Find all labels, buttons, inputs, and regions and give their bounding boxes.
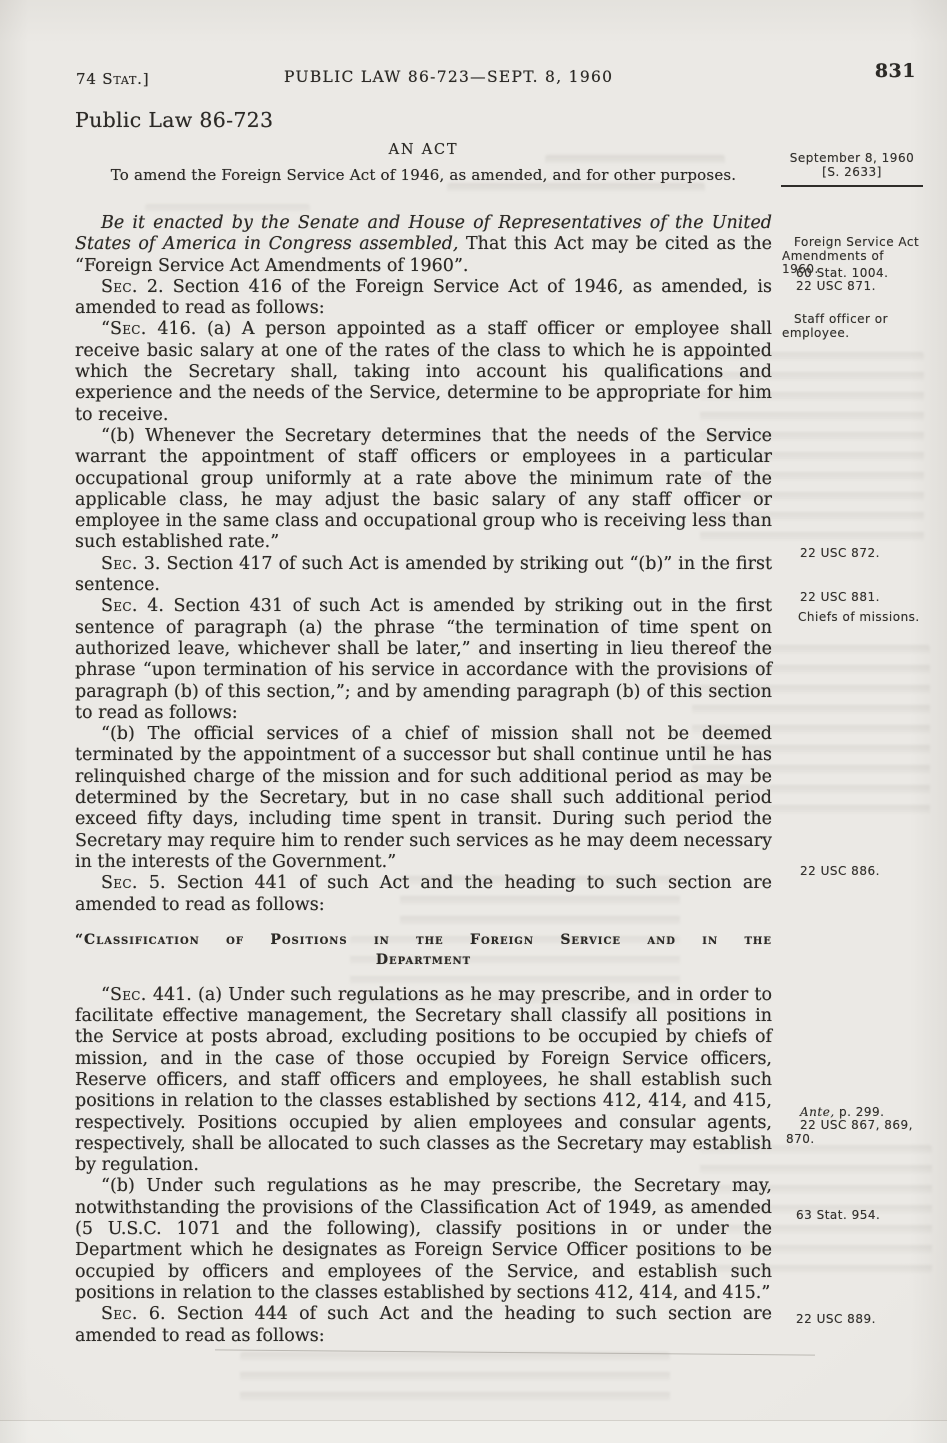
act-purpose: To amend the Foreign Service Act of 1946…	[75, 166, 772, 184]
section-4-paragraph: Sec. 4. Section 431 of such Act is amend…	[75, 596, 772, 724]
section-label: Sec.	[101, 277, 138, 297]
section-label: Sec.	[101, 873, 138, 893]
section-5-paragraph: Sec. 5. Section 441 of such Act and the …	[75, 873, 772, 916]
section-label: Sec.	[101, 596, 138, 616]
section-416b-paragraph: “(b) Whenever the Secretary determines t…	[75, 426, 772, 554]
margin-note-usc-citation: 22 USC 872.	[800, 547, 880, 561]
margin-rule	[781, 185, 923, 187]
section-label: Sec.	[101, 554, 138, 574]
margin-note-usc-citation: 22 USC 889.	[796, 1313, 876, 1327]
act-label: AN ACT	[75, 142, 772, 158]
section-label: Sec.	[101, 1304, 138, 1324]
bleedthrough-artifact	[240, 1352, 670, 1404]
margin-note-stat-citation: 63 Stat. 954.	[796, 1209, 880, 1223]
section-2-paragraph: Sec. 2. Section 416 of the Foreign Servi…	[75, 277, 772, 320]
margin-note-usc-citation: 22 USC 871.	[796, 280, 876, 294]
stat-volume-label: 74 Stat.]	[76, 70, 149, 88]
law-number-heading: Public Law 86-723	[75, 108, 273, 132]
page-fold-line	[215, 1349, 815, 1355]
margin-note-chiefs-of-missions: Chiefs of missions.	[786, 611, 922, 625]
section-3-paragraph: Sec. 3. Section 417 of such Act is amend…	[75, 554, 772, 597]
section-label: Sec.	[110, 319, 147, 339]
section-431b-paragraph: “(b) The official services of a chief of…	[75, 724, 772, 873]
section-441-heading: “Classification of Positions in the Fore…	[75, 930, 772, 970]
section-416a-paragraph: “Sec. 416. (a) A person appointed as a s…	[75, 319, 772, 425]
page-bottom-edge	[0, 1420, 947, 1443]
enacting-clause: Be it enacted by the Senate and House of…	[75, 213, 772, 277]
section-441-heading-line1: “Classification of Positions in the Fore…	[75, 930, 772, 950]
margin-note-usc-citation: 22 USC 881.	[800, 591, 880, 605]
page-number: 831	[875, 60, 916, 82]
bleedthrough-artifact	[447, 183, 705, 199]
section-6-paragraph: Sec. 6. Section 444 of such Act and the …	[75, 1304, 772, 1347]
margin-note-usc-citation: 22 USC 867, 869, 870.	[786, 1119, 928, 1146]
margin-note-usc-citation: 22 USC 886.	[800, 865, 880, 879]
margin-note-date: September 8, 1960 [S. 2633]	[780, 152, 924, 179]
section-label: Sec.	[110, 985, 147, 1005]
statute-text-column: Be it enacted by the Senate and House of…	[75, 213, 772, 1347]
statute-page: 74 Stat.] PUBLIC LAW 86-723—SEPT. 8, 196…	[0, 0, 947, 1443]
section-441b-paragraph: “(b) Under such regulations as he may pr…	[75, 1176, 772, 1304]
section-441-heading-line2: Department	[75, 950, 772, 970]
running-head-title: PUBLIC LAW 86-723—SEPT. 8, 1960	[284, 68, 613, 86]
section-441a-paragraph: “Sec. 441. (a) Under such regulations as…	[75, 985, 772, 1177]
bill-number: [S. 2633]	[780, 166, 924, 180]
margin-note-staff-officer: Staff officer or employee.	[782, 313, 934, 340]
enactment-date: September 8, 1960	[780, 152, 924, 166]
